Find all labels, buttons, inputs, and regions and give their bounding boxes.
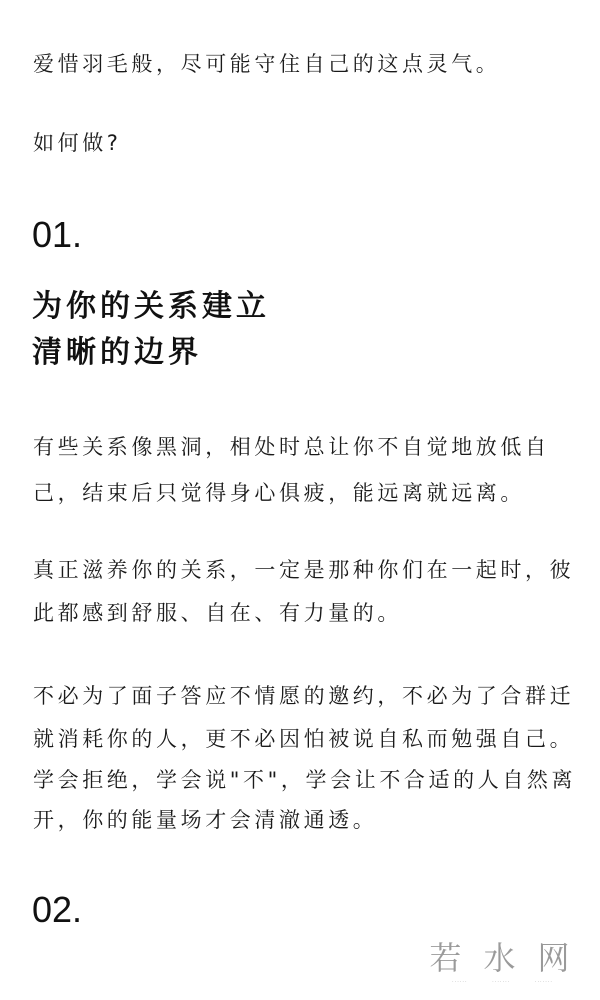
paragraph-line: 此都感到舒服、自在、有力量的。 [33,601,402,625]
intro-text: 爱惜羽毛般，尽可能守住自己的这点灵气。 [33,52,500,76]
paragraph-line: 学会拒绝，学会说"不"，学会让不合适的人自然离 [33,768,576,792]
paragraph-line: 就消耗你的人，更不必因怕被说自私而勉强自己。 [33,727,574,751]
paragraph-line: 开，你的能量场才会清澈通透。 [33,808,377,832]
paragraph-line: 有些关系像黑洞，相处时总让你不自觉地放低自 [33,435,550,459]
watermark-text: 若水网 [410,938,595,978]
section-number: 02. [32,892,82,928]
watermark-subtitle: ······ ······· ······· [410,978,595,986]
paragraph-line: 不必为了面子答应不情愿的邀约，不必为了合群迁 [33,684,574,708]
paragraph-line: 真正滋养你的关系，一定是那种你们在一起时，彼 [33,558,574,582]
paragraph-line: 己，结束后只觉得身心俱疲，能远离就远离。 [33,481,525,505]
section-heading-line: 清晰的边界 [32,336,202,370]
intro-question: 如何做? [33,131,122,155]
section-heading-line: 为你的关系建立 [32,290,270,324]
watermark-logo: 若水网 ······ ······· ······· [410,938,595,1000]
section-number: 01. [32,217,82,253]
